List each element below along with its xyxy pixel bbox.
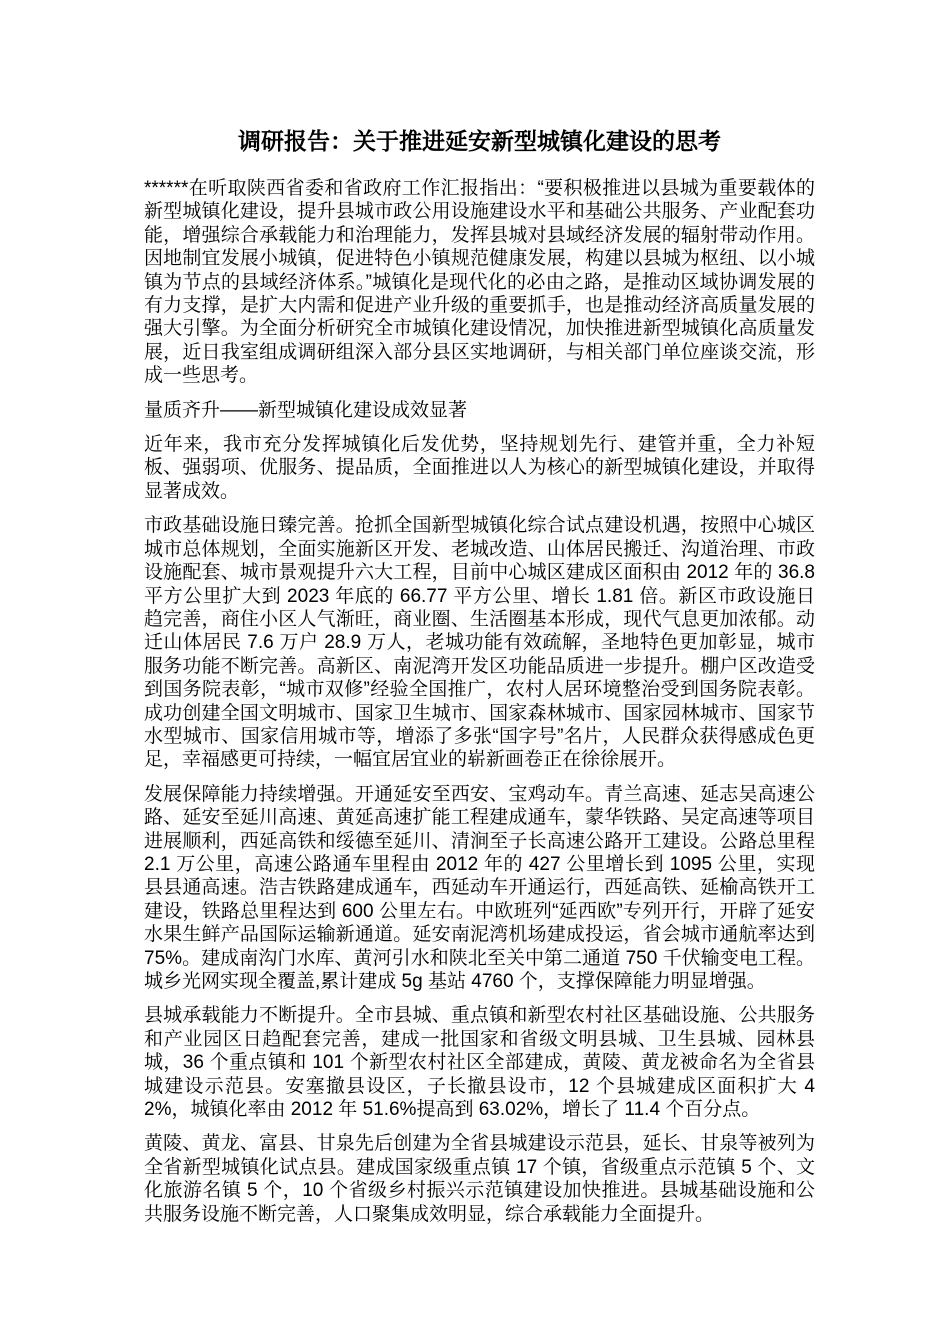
paragraph-intro: ******在听取陕西省委和省政府工作汇报指出：“要积极推进以县城为重要载体的新… [144,177,815,388]
document-title: 调研报告：关于推进延安新型城镇化建设的思考 [144,126,815,156]
document-page: 调研报告：关于推进延安新型城镇化建设的思考 ******在听取陕西省委和省政府工… [0,0,950,1344]
section-heading-achievements: 量质齐升——新型城镇化建设成效显著 [144,399,815,422]
paragraph-county-capacity: 县城承载能力不断提升。全市县城、重点镇和新型农村社区基础设施、公共服务和产业园区… [144,1004,815,1121]
paragraph-overview: 近年来，我市充分发挥城镇化后发优势，坚持规划先行、建管并重，全力补短板、强弱项、… [144,433,815,503]
paragraph-municipal-infrastructure: 市政基础设施日臻完善。抢抓全国新型城镇化综合试点建设机遇，按照中心城区城市总体规… [144,514,815,771]
document-content: 调研报告：关于推进延安新型城镇化建设的思考 ******在听取陕西省委和省政府工… [144,126,815,1226]
paragraph-model-counties: 黄陵、黄龙、富县、甘泉先后创建为全省县城建设示范县，延长、甘泉等被列为全省新型城… [144,1132,815,1226]
paragraph-development-support: 发展保障能力持续增强。开通延安至西安、宝鸡动车。青兰高速、延志吴高速公路、延安至… [144,783,815,994]
